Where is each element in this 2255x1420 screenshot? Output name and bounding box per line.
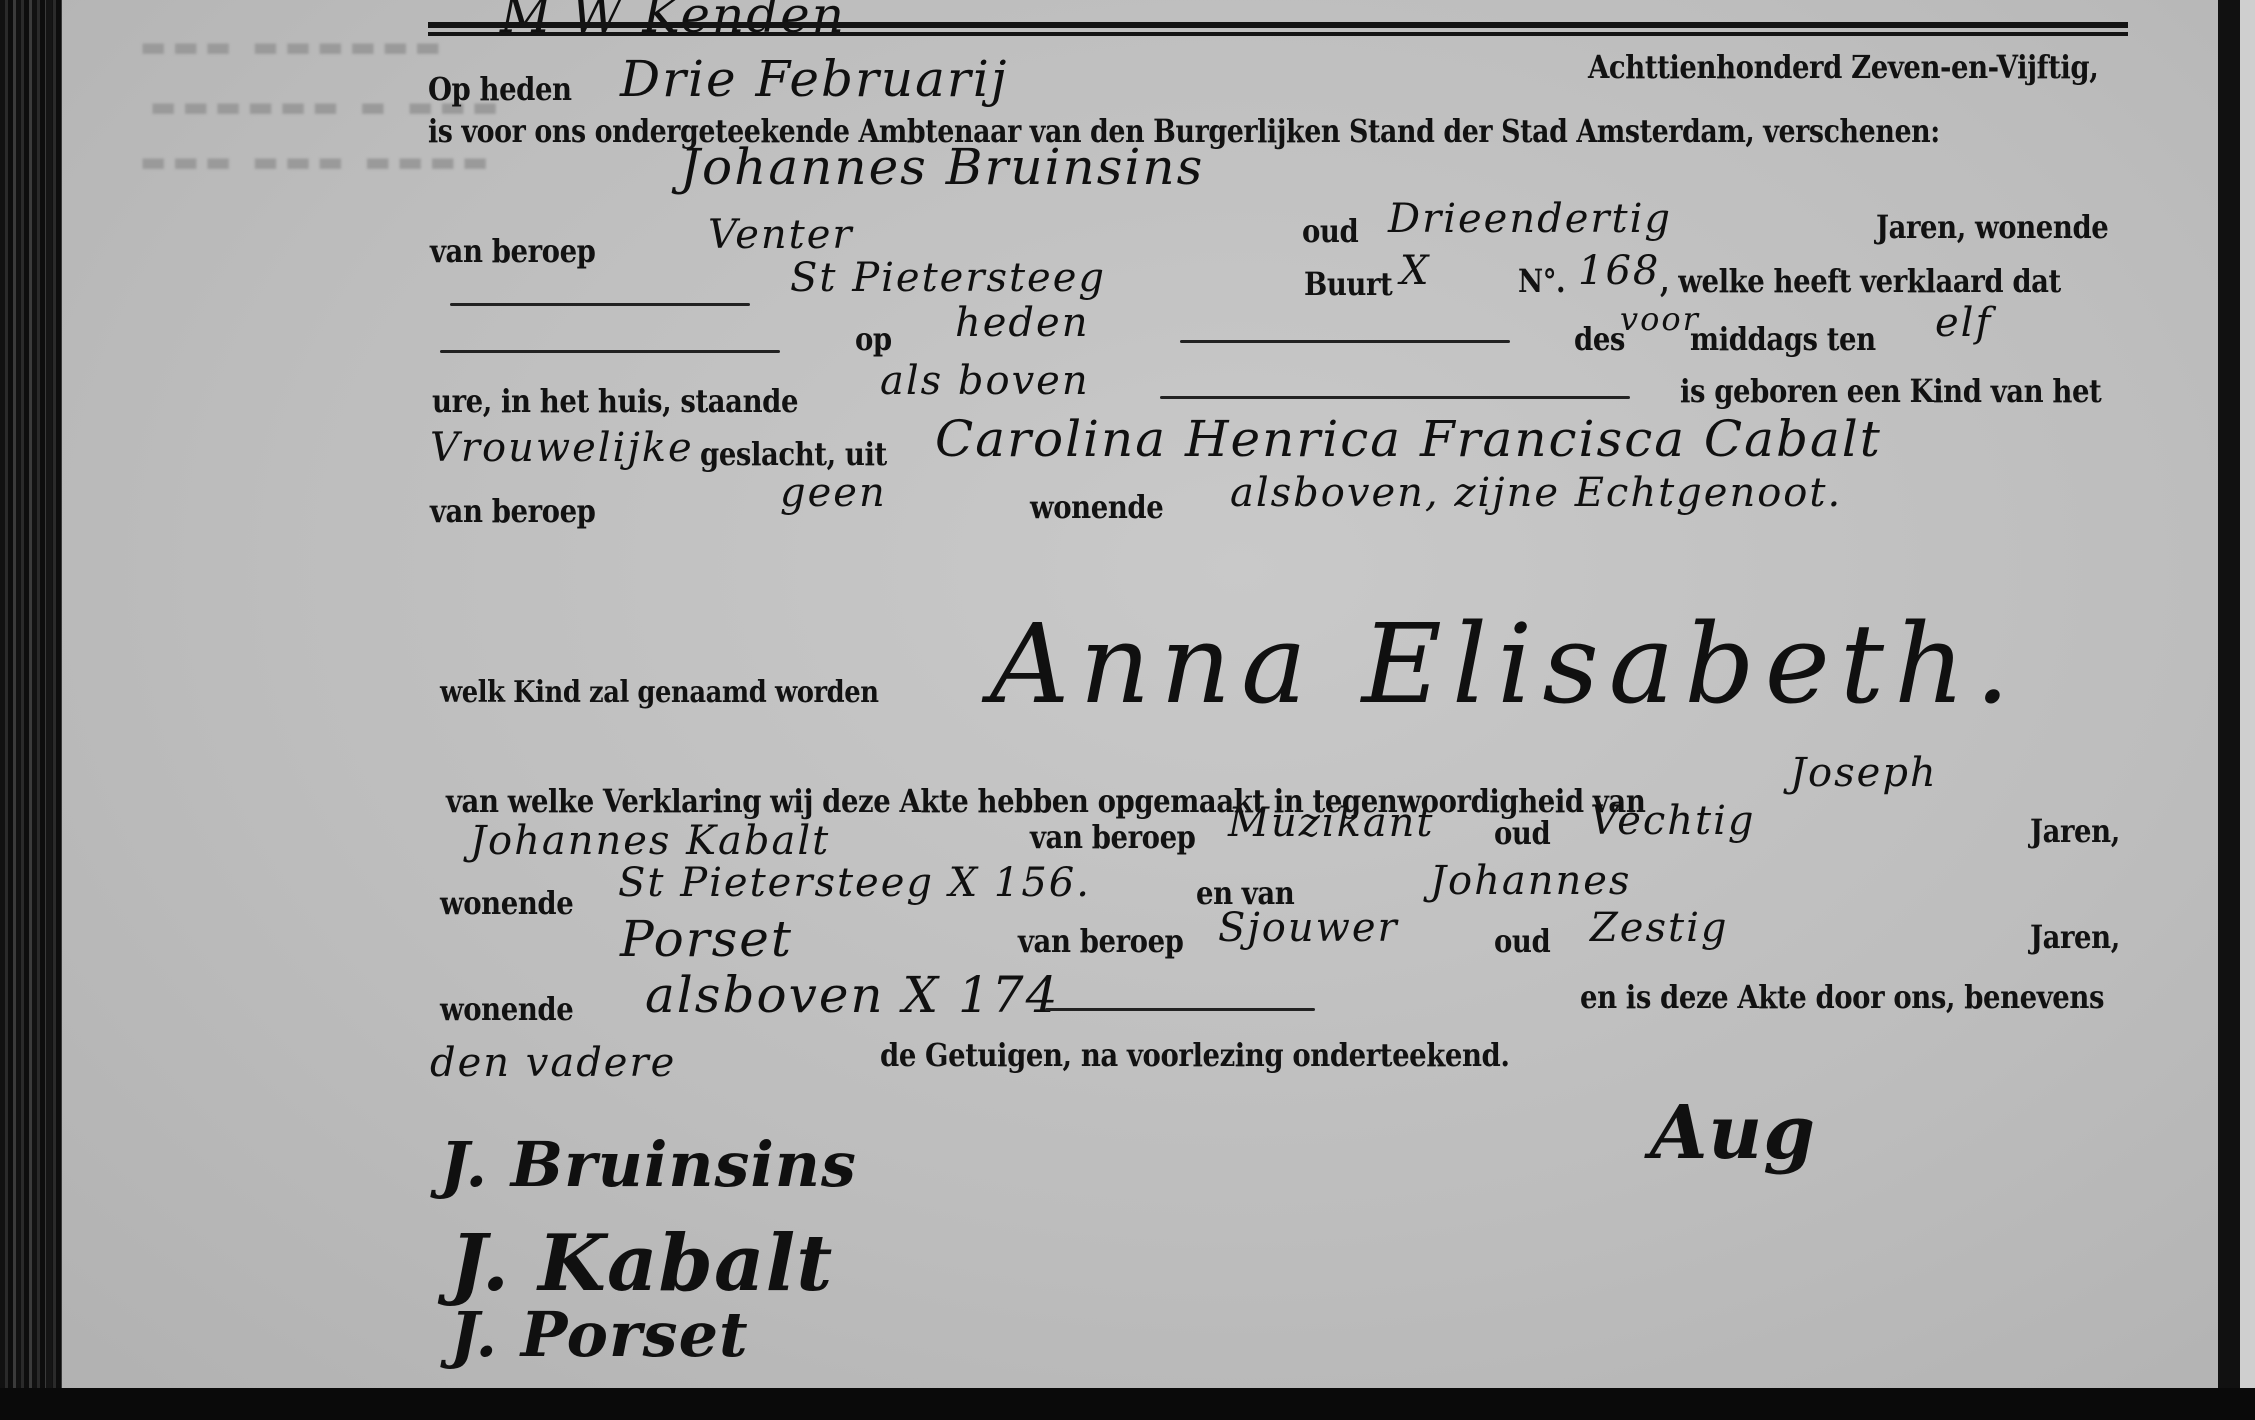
hw-dagdeel: voor: [1620, 300, 1700, 338]
printed-getuigen: de Getuigen, na voorlezing onderteekend.: [880, 1036, 1509, 1074]
printed-ure-huis: ure, in het huis, staande: [432, 382, 798, 420]
hw-witness2-first: Johannes: [1430, 858, 1631, 904]
next-page-sliver: [2240, 0, 2255, 1400]
hw-witness2-name: Porset: [620, 910, 793, 968]
signature-declarant: J. Bruinsins: [440, 1128, 857, 1201]
hw-witness1-residence: St Pietersteeg X 156.: [618, 860, 1091, 906]
hw-birth-house: als boven: [880, 358, 1090, 404]
fill-line: [440, 350, 780, 353]
printed-jaren-wonende: Jaren, wonende: [1876, 208, 2108, 246]
fill-line: [1045, 1008, 1315, 1011]
printed-van-beroep-3: van beroep: [1030, 818, 1195, 856]
hw-date: Drie Februarij: [620, 50, 1008, 108]
printed-op: op: [855, 320, 892, 358]
header-rule: [428, 22, 2128, 28]
signature-official: Aug: [1650, 1090, 1816, 1176]
printed-des: des: [1574, 320, 1625, 358]
bleed-through-text: ▬▬▬ ▬▬▬▬▬▬: [140, 30, 447, 63]
hw-and-father: den vadere: [430, 1040, 676, 1086]
hw-child-name: Anna Elisabeth.: [990, 600, 2020, 728]
printed-op-heden: Op heden: [428, 70, 572, 108]
printed-geslacht: geslacht, uit: [700, 435, 887, 473]
hw-mother-name: Carolina Henrica Francisca Cabalt: [935, 410, 1882, 468]
hw-birth-day: heden: [955, 300, 1089, 346]
header-rule: [428, 32, 2128, 36]
signature-witness2: J. Porset: [450, 1298, 749, 1371]
page-right-edge: [2218, 0, 2240, 1400]
hw-witness1-age: Vechtig: [1590, 798, 1756, 844]
printed-middags: middags ten: [1690, 320, 1876, 358]
hw-witness2-occupation: Sjouwer: [1218, 905, 1399, 951]
hw-buurt: X: [1400, 248, 1430, 294]
printed-van-beroep-2: van beroep: [430, 492, 595, 530]
printed-welk-kind: welk Kind zal genaamd worden: [440, 675, 879, 710]
printed-oud-2: oud: [1494, 814, 1550, 852]
hw-declarant-age: Drieendertig: [1388, 196, 1672, 242]
printed-jaren-3: Jaren,: [2030, 918, 2120, 956]
hw-witness1-first: Joseph: [1790, 750, 1938, 796]
hw-birth-hour: elf: [1935, 300, 1992, 346]
hw-declarant-occupation: Venter: [708, 212, 854, 258]
printed-verklaring: van welke Verklaring wij deze Akte hebbe…: [446, 782, 1645, 820]
margin-rule: [46, 0, 52, 1400]
hw-house-number: 168: [1578, 248, 1660, 294]
printed-van-beroep-4: van beroep: [1018, 922, 1183, 960]
printed-oud-3: oud: [1494, 922, 1550, 960]
printed-akte-door-ons: en is deze Akte door ons, benevens: [1580, 978, 2104, 1016]
printed-geboren: is geboren een Kind van het: [1680, 372, 2101, 410]
fill-line: [1160, 396, 1630, 399]
hw-sex: Vrouwelijke: [430, 425, 694, 471]
hw-mother-residence: alsboven, zijne Echtgenoot.: [1230, 470, 1842, 516]
hw-street: St Pietersteeg: [790, 255, 1106, 301]
hw-witness1-name: Johannes Kabalt: [470, 818, 830, 864]
fill-line: [450, 303, 750, 306]
page-bottom-edge: [0, 1388, 2255, 1420]
book-binding: [0, 0, 62, 1390]
printed-wonende-3: wonende: [440, 990, 573, 1028]
document-page: ▬▬▬ ▬▬▬▬▬▬ ▬▬▬▬▬▬ ▬ ▬▬▬ ▬▬▬ ▬▬▬ ▬▬▬▬ M W…: [0, 0, 2255, 1420]
printed-buurt: Buurt: [1304, 265, 1392, 303]
hw-mother-occupation: geen: [780, 470, 887, 516]
printed-verklaard: , welke heeft verklaard dat: [1660, 262, 2061, 300]
signature-witness1: J. Kabalt: [450, 1218, 833, 1309]
printed-year: Achttienhonderd Zeven-en-Vijftig,: [1588, 48, 2098, 86]
printed-oud: oud: [1302, 212, 1358, 250]
printed-no: N°.: [1518, 262, 1565, 300]
printed-van-beroep: van beroep: [430, 232, 595, 270]
printed-wonende-2: wonende: [440, 884, 573, 922]
fill-line: [1180, 340, 1510, 343]
hw-witness2-residence: alsboven X 174: [645, 966, 1059, 1024]
hw-witness2-age: Zestig: [1590, 905, 1728, 951]
hw-declarant-name: Johannes Bruinsins: [680, 138, 1204, 196]
hw-witness1-occupation: Muzikant: [1228, 800, 1435, 846]
printed-wonende: wonende: [1030, 488, 1163, 526]
printed-jaren-2: Jaren,: [2030, 812, 2120, 850]
